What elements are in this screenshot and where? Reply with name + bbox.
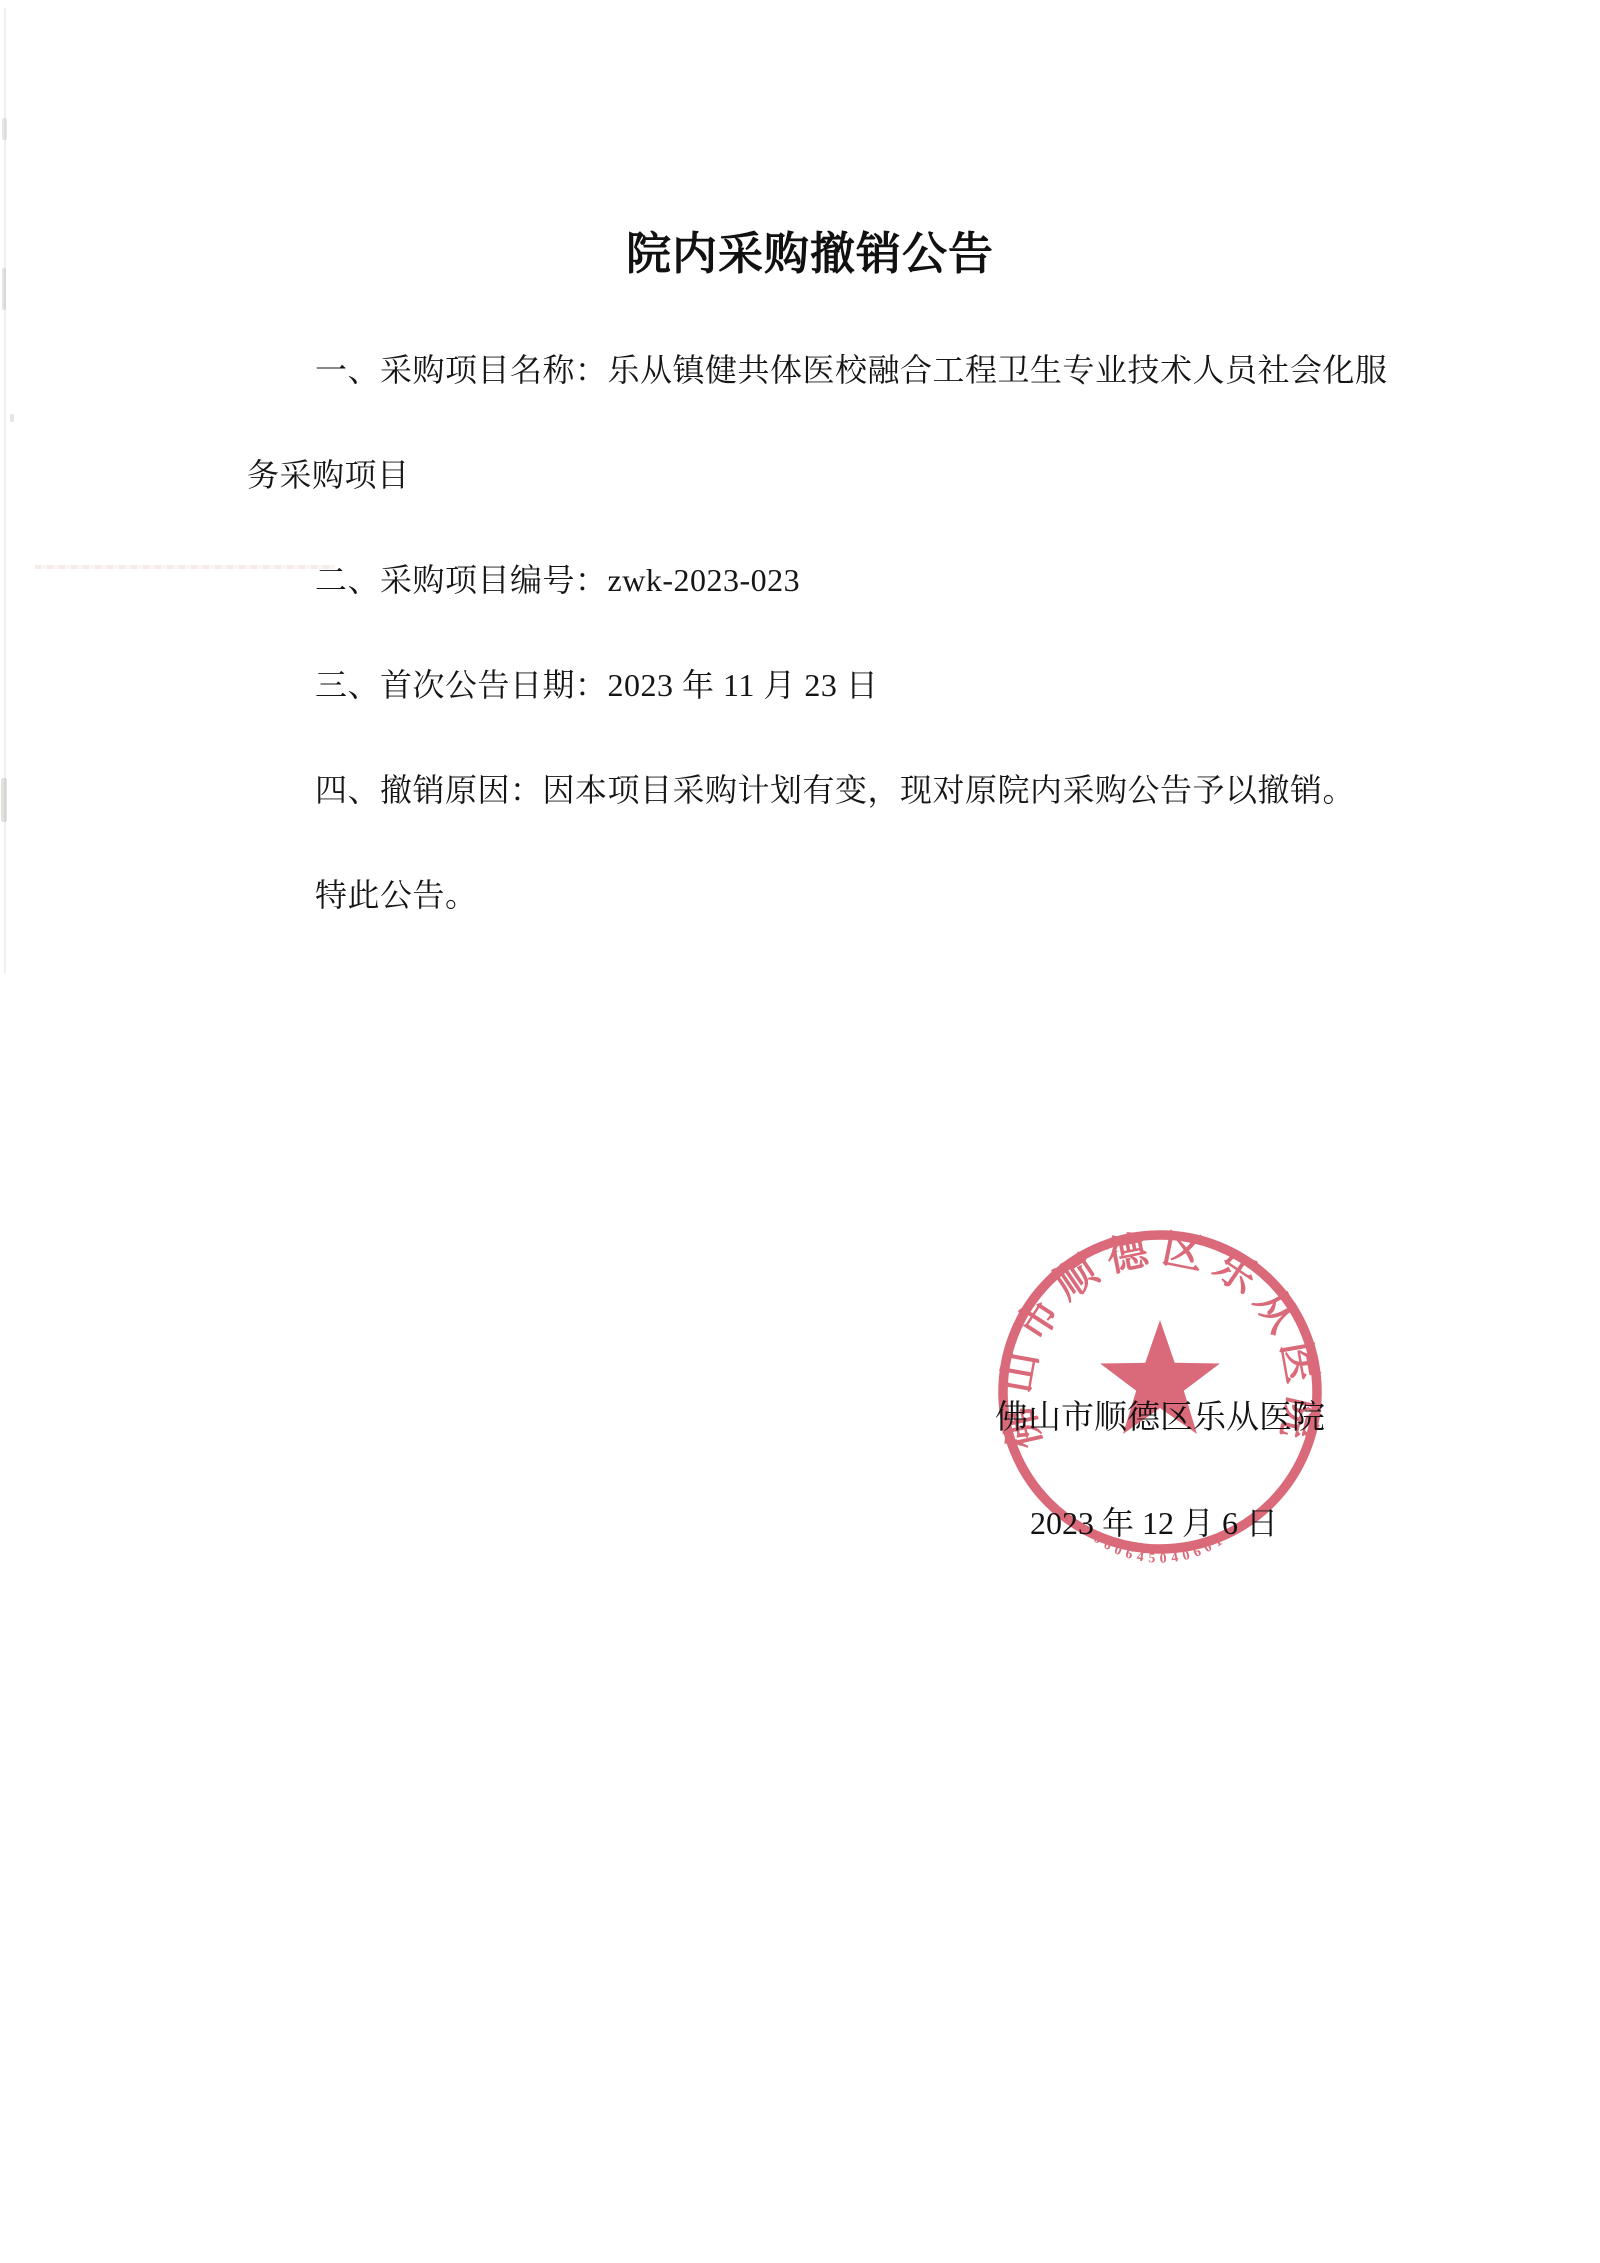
scan-artifact [1, 778, 7, 822]
document-page: 院内采购撤销公告 一、采购项目名称：乐从镇健共体医校融合工程卫生专业技术人员社会… [0, 0, 1600, 2263]
signature-date: 2023 年 12 月 6 日 [1030, 1503, 1278, 1543]
body-line-item-1-wrap: 务采购项目 [247, 423, 1427, 528]
body-line-item-1: 一、采购项目名称：乐从镇健共体医校融合工程卫生专业技术人员社会化服 [247, 318, 1427, 423]
body-line-item-3: 三、首次公告日期：2023 年 11 月 23 日 [247, 633, 1427, 738]
scan-artifact [2, 268, 6, 310]
page-title: 院内采购撤销公告 [10, 224, 1600, 284]
body-line-item-4: 四、撤销原因：因本项目采购计划有变，现对原院内采购公告予以撤销。 [247, 738, 1427, 843]
body-line-item-2: 二、采购项目编号：zwk-2023-023 [247, 528, 1427, 633]
signature-org-name: 佛山市顺德区乐从医院 [995, 1398, 1325, 1438]
scan-artifact [10, 414, 14, 422]
scan-artifact [2, 118, 7, 140]
document-body: 一、采购项目名称：乐从镇健共体医校融合工程卫生专业技术人员社会化服 务采购项目 … [247, 318, 1427, 948]
scan-seam-artifact [4, 8, 6, 973]
body-line-closing: 特此公告。 [247, 843, 1427, 948]
